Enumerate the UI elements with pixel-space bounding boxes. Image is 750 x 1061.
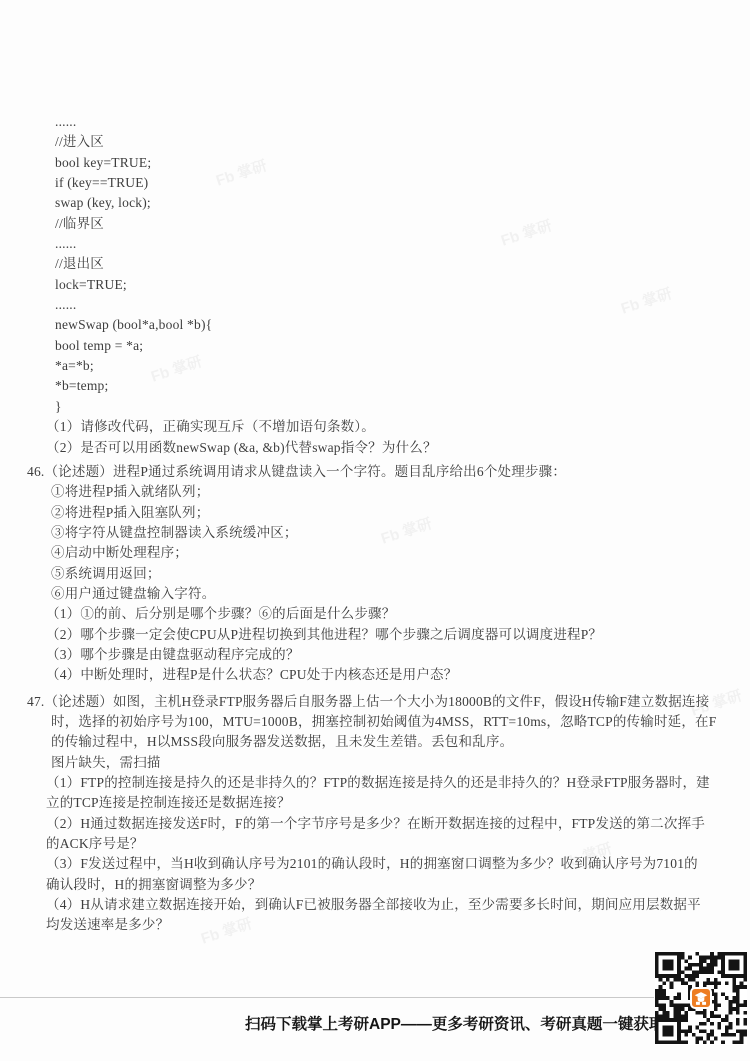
text-line: ⑥用户通过键盘输入字符。 <box>0 584 750 604</box>
qr-code <box>655 951 747 1045</box>
text-line: ...... <box>0 112 750 132</box>
question-47-header-continued: 时，选择的初始序号为100，MTU=1000B，拥塞控制初始阈值为4MSS，RT… <box>0 712 750 773</box>
code-questions: （1）请修改代码，正确实现互斥（不增加语句条数）。（2）是否可以用函数newSw… <box>0 417 750 458</box>
text-line: 的传输过程中，H以MSS段向服务器发送数据，且未发生差错。丢包和乱序。 <box>0 732 750 752</box>
document-page: Fb 掌研Fb 掌研Fb 掌研Fb 掌研Fb 掌研Fb 掌研Fb 掌研Fb 掌研… <box>0 0 750 1061</box>
text-line: ③将字符从键盘控制器读入系统缓冲区； <box>0 523 750 543</box>
text-line: ④启动中断处理程序； <box>0 543 750 563</box>
text-line: } <box>0 397 750 417</box>
question-46-steps: ①将进程P插入就绪队列；②将进程P插入阻塞队列；③将字符从键盘控制器读入系统缓冲… <box>0 482 750 604</box>
text-line: //临界区 <box>0 214 750 234</box>
question-46: 46.（论述题）进程P通过系统调用请求从键盘读入一个字符。题目乱序给出6个处理步… <box>0 462 750 686</box>
code-block: ......//进入区bool key=TRUE;if (key==TRUE)s… <box>0 112 750 417</box>
text-line: lock=TRUE; <box>0 275 750 295</box>
text-line: 均发送速率是多少？ <box>0 915 750 935</box>
text-line: 图片缺失，需扫描 <box>0 753 750 773</box>
text-line: （3）F发送过程中，当H收到确认序号为2101的确认段时，H的拥塞窗口调整为多少… <box>0 854 750 874</box>
app-logo-icon <box>690 987 712 1009</box>
text-line: if (key==TRUE) <box>0 173 750 193</box>
text-line: 47.（论述题）如图，主机H登录FTP服务器后自服务器上估一个大小为18000B… <box>0 692 750 712</box>
text-line: （3）哪个步骤是由键盘驱动程序完成的？ <box>0 645 750 665</box>
text-line: ⑤系统调用返回； <box>0 564 750 584</box>
text-line: bool temp = *a; <box>0 336 750 356</box>
text-line: //进入区 <box>0 132 750 152</box>
text-line: swap (key, lock); <box>0 193 750 213</box>
text-line: （2）是否可以用函数newSwap (&a, &b)代替swap指令？为什么？ <box>0 438 750 458</box>
page-content: ......//进入区bool key=TRUE;if (key==TRUE)s… <box>0 112 750 936</box>
text-line: ...... <box>0 295 750 315</box>
text-line: 的ACK序号是？ <box>0 834 750 854</box>
text-line: （4）H从请求建立数据连接开始，到确认F已被服务器全部接收为止，至少需要多长时间… <box>0 895 750 915</box>
text-line: 立的TCP连接是控制连接还是数据连接？ <box>0 793 750 813</box>
question-47-subquestions: （1）FTP的控制连接是持久的还是非持久的？FTP的数据连接是持久的还是非持久的… <box>0 773 750 936</box>
text-line: newSwap (bool*a,bool *b){ <box>0 315 750 335</box>
text-line: 时，选择的初始序号为100，MTU=1000B，拥塞控制初始阈值为4MSS，RT… <box>0 712 750 732</box>
footer-banner-text: 扫码下载掌上考研APP——更多考研资讯、考研真题一键获取 <box>245 1013 664 1037</box>
text-line: （1）FTP的控制连接是持久的还是非持久的？FTP的数据连接是持久的还是非持久的… <box>0 773 750 793</box>
footer-divider <box>0 997 654 998</box>
text-line: （1）①的前、后分别是哪个步骤？⑥的后面是什么步骤？ <box>0 604 750 624</box>
text-line: ...... <box>0 234 750 254</box>
question-47: 47.（论述题）如图，主机H登录FTP服务器后自服务器上估一个大小为18000B… <box>0 692 750 936</box>
question-47-header: 47.（论述题）如图，主机H登录FTP服务器后自服务器上估一个大小为18000B… <box>0 692 750 712</box>
text-line: ①将进程P插入就绪队列； <box>0 482 750 502</box>
question-46-header: 46.（论述题）进程P通过系统调用请求从键盘读入一个字符。题目乱序给出6个处理步… <box>0 462 750 482</box>
text-line: ②将进程P插入阻塞队列； <box>0 503 750 523</box>
text-line: （2）H通过数据连接发送F时，F的第一个字节序号是多少？在断开数据连接的过程中，… <box>0 814 750 834</box>
text-line: （1）请修改代码，正确实现互斥（不增加语句条数）。 <box>0 417 750 437</box>
text-line: （4）中断处理时，进程P是什么状态？CPU处于内核态还是用户态？ <box>0 665 750 685</box>
text-line: *b=temp; <box>0 376 750 396</box>
text-line: 确认段时，H的拥塞窗调整为多少？ <box>0 875 750 895</box>
text-line: （2）哪个步骤一定会使CPU从P进程切换到其他进程？哪个步骤之后调度器可以调度进… <box>0 625 750 645</box>
text-line: bool key=TRUE; <box>0 153 750 173</box>
text-line: //退出区 <box>0 254 750 274</box>
question-46-subquestions: （1）①的前、后分别是哪个步骤？⑥的后面是什么步骤？（2）哪个步骤一定会使CPU… <box>0 604 750 685</box>
text-line: *a=*b; <box>0 356 750 376</box>
